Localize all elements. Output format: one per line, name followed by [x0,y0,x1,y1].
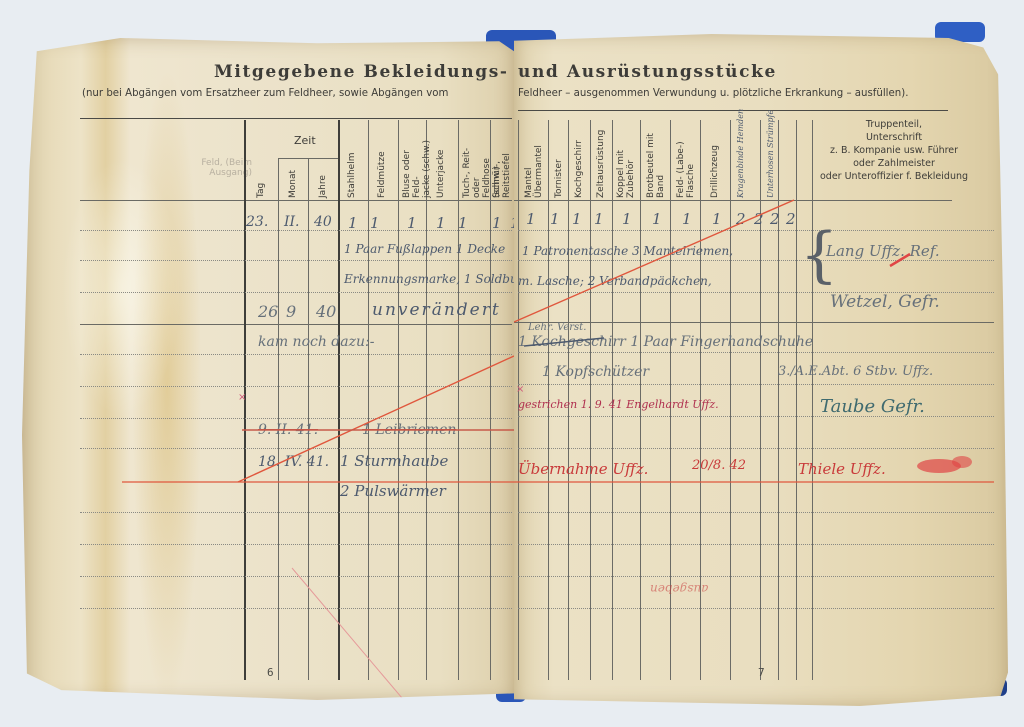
dotted-row [80,512,512,513]
count-hemden: 2 [754,210,764,228]
count-stiefel: 1 [492,214,502,232]
column-divider [398,120,399,680]
dotted-row [518,544,994,545]
column-divider [278,158,279,680]
dotted-row [80,418,512,419]
entry-struck-date: 9. II. 41. [258,422,318,438]
col-header-jahr: Jahre [318,168,328,198]
struck-note: gestrichen 1. 9. 41 Engelhardt Uffz. [518,398,719,411]
page-title-left: Mitgegebene Bekleidungs- [214,62,509,82]
entry-line-2-right: 1 Patronentasche 3 Mantelriemen, [522,244,733,258]
takeover-note: Übernahme Uffz. [518,460,648,478]
entry-day: 23. [246,214,268,230]
dotted-row [518,230,994,231]
faint-red-stamp: ausgeben [650,582,708,596]
column-divider [778,120,779,680]
dotted-row [518,448,994,449]
entry-item-sturmhaube: 1 Sturmhaube [340,452,448,470]
count-unterjacke: 1 [436,214,446,232]
count-struempfe: 2 [786,210,796,228]
count-koppel: 1 [622,210,632,228]
dotted-row [80,354,512,355]
count-tornister: 1 [550,210,560,228]
entry-added: kam noch dazu:- [258,334,374,350]
col-header-kochgeschirr: Kochgeschirr [574,124,584,198]
count-bluse: 1 [407,214,417,232]
entry-day-2: 26 [258,302,278,321]
entry-date-3: 18. IV. 41. [258,454,329,470]
header-bottom-rule [80,200,512,201]
dotted-row [80,260,512,261]
entry-year-2: 40 [316,302,336,321]
left-page: Mitgegebene Bekleidungs- (nur bei Abgäng… [22,38,514,700]
dotted-row [518,576,994,577]
entry-correction: Lehr. Verst. [528,322,586,333]
dotted-row [80,576,512,577]
water-stain [62,158,182,418]
count-brotbeutel: 1 [652,210,662,228]
page-title-right: und Ausrüstungsstücke [518,62,777,82]
dotted-row [518,352,994,353]
entry-line-3-right: m. Lasche; 2 Verbandpäckchen, [518,274,712,288]
entry-kopfschuetzer: 1 Kopfschützer [542,364,649,380]
col-header-stahlhelm: Stahlhelm [347,128,357,198]
unit-stamp-text: 3./A.E.Abt. 6 Stbv. Uffz. [778,364,933,379]
col-header-koppel: Koppel mit Zubehör [616,124,636,198]
entry-line-3: Erkennungsmarke, 1 Soldbuch [344,272,514,286]
faded-margin-text: Feld, (Beim Ausgang) [172,158,252,178]
signature-wetzel: Wetzel, Gefr. [830,292,940,312]
entry-month: II. [284,214,300,230]
column-divider [338,120,340,680]
col-header-tornister: Tornister [554,124,564,198]
signature-lang: Lang Uffz. Ref. [826,242,940,260]
col-header-drillichzeug: Drillichzeug [710,124,720,198]
column-divider [812,120,813,680]
column-divider [760,120,761,680]
entry-struck-item: 1 Leibriemen [362,422,456,438]
count-feldflasche: 1 [682,210,692,228]
column-divider [458,120,459,680]
page-subtitle-right: Feldheer – ausgenommen Verwundung u. plö… [518,88,908,99]
page-number-left: 6 [267,666,274,679]
header-rule [80,118,512,119]
dotted-row [518,512,994,513]
col-header-monat: Monat [288,162,298,198]
count-feldmuetze: 1 [370,214,380,232]
takeover-date: 20/8. 42 [692,458,746,473]
column-divider [730,120,731,680]
dotted-row [80,608,512,609]
count-hose: 1 [458,214,468,232]
count-mantel: 1 [526,210,536,228]
count-kochgeschirr: 1 [572,210,582,228]
dotted-row [518,384,994,385]
count-drillich: 1 [712,210,722,228]
dotted-row [80,544,512,545]
entry-item-pulswaermer: 2 Pulswärmer [340,482,446,500]
count-zelt: 1 [594,210,604,228]
col-header-tag: Tag [256,168,266,198]
signature-thiele: Thiele Uffz. [798,460,886,478]
col-header-bluse: Bluse oder Feld- jacke (schw.) [402,128,432,198]
dotted-row [80,386,512,387]
zeit-header: Zeit [294,134,316,147]
entry-unchanged: unverändert [372,300,501,320]
entry-added-right: 1 Kochgeschirr 1 Paar Fingerhandschuhe [518,334,813,350]
row-rule [80,324,512,325]
page-number-right: 7 [758,666,765,679]
dotted-row [80,230,512,231]
dotted-row [518,260,994,261]
entry-month-2: 9 [286,302,296,321]
col-header-handwritten-2: Unterhosen Strümpfe [766,124,776,198]
col-header-feldflasche: Feld- (Labe-) Flasche [676,124,696,198]
col-header-unterjacke: Unterjacke [436,128,446,198]
col-header-handwritten-1: Kragenbinde Hemden [736,124,746,198]
page-subtitle-left: (nur bei Abgängen vom Ersatzheer zum Fel… [82,88,448,99]
right-page: und Ausrüstungsstücke Feldheer – ausgeno… [514,34,1008,706]
dotted-row [518,608,994,609]
col-header-zeltausruestung: Zeltausrüstung [596,124,606,198]
col-header-signature: Truppenteil, Unterschrift z. B. Kompanie… [804,118,984,183]
count-stahlhelm: 1 [348,214,358,232]
header-rule [518,110,948,111]
entry-year: 40 [314,214,332,230]
column-divider [368,120,369,680]
col-header-stiefel: Schnür-, Reitstiefel [492,128,512,198]
column-divider [308,158,309,680]
entry-line-2: 1 Paar Fußlappen 1 Decke [344,242,505,256]
header-bottom-rule [514,200,952,201]
col-header-brotbeutel: Brotbeutel mit Band [646,124,666,198]
zeit-rule [278,158,338,159]
column-divider [244,120,246,680]
dotted-row [80,448,512,449]
col-header-mantel: Mantel Übermantel [524,124,544,198]
count-unterhosen: 2 [770,210,780,228]
column-divider [796,120,797,680]
count-schnuerschuhe: 1 [510,214,514,232]
dotted-row [80,292,512,293]
column-divider [426,120,427,680]
column-divider [490,120,491,680]
signature-taube: Taube Gefr. [820,396,925,417]
count-kragenbinde: 2 [736,210,746,228]
col-header-feldmuetze: Feldmütze [377,128,387,198]
